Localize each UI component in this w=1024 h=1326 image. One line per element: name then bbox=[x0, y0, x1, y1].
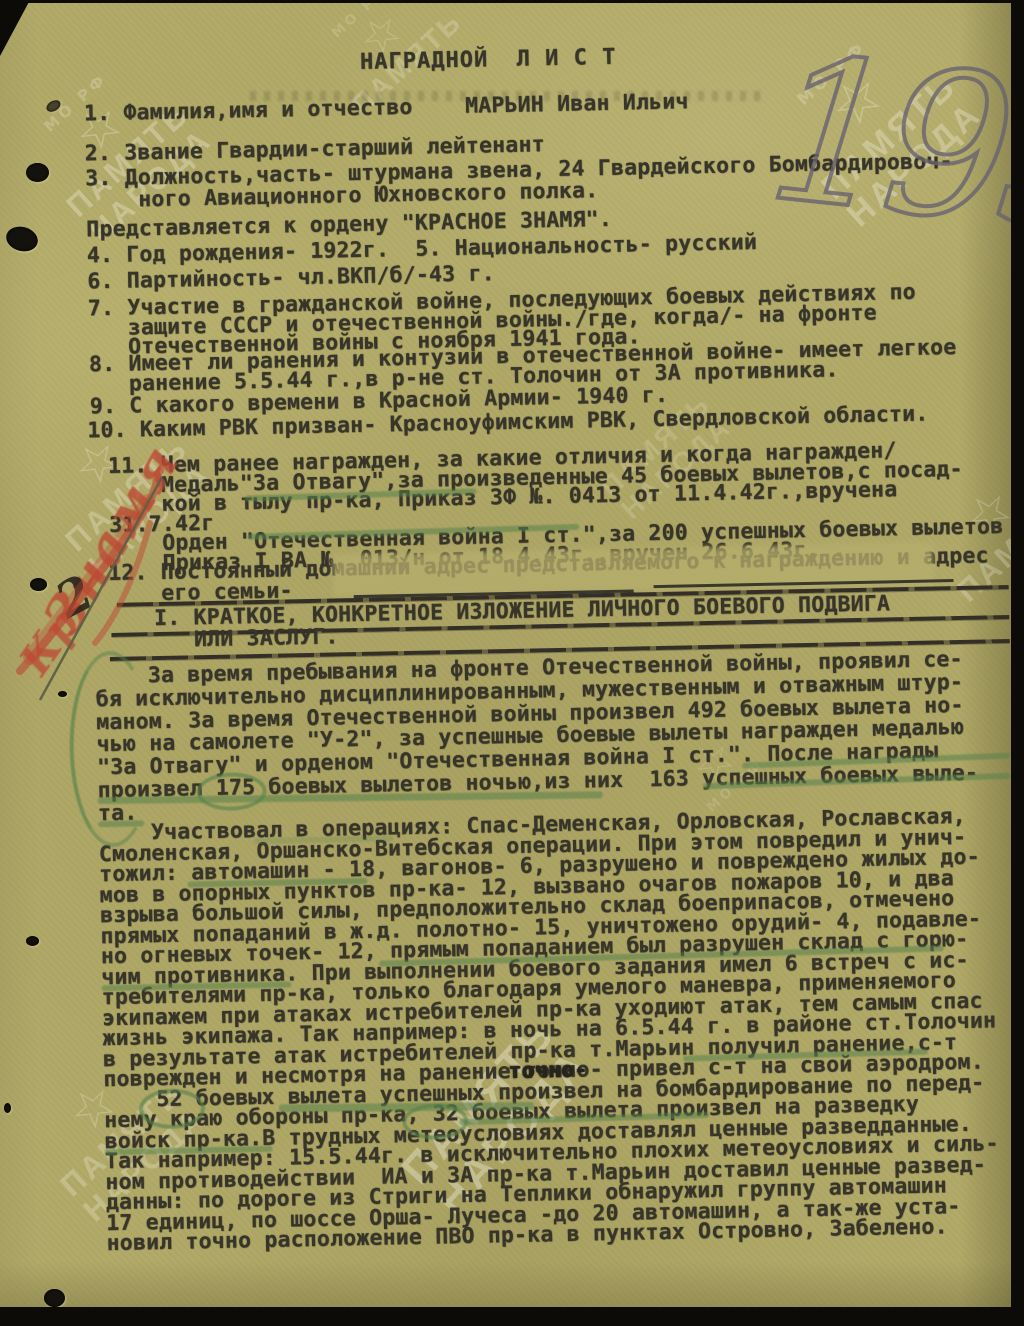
paper-sheet: МО РФ ☆ ПАМЯТЬ НАРОДА МО РФ ☆ ПАМЯТЬ МО … bbox=[0, 3, 1011, 1307]
citation-paragraph-2: Участвовал в операциях: Спас-Деменская, … bbox=[98, 806, 1000, 1254]
scanned-award-document: МО РФ ☆ ПАМЯТЬ НАРОДА МО РФ ☆ ПАМЯТЬ МО … bbox=[0, 0, 1024, 1326]
overstruck-word: точно- bbox=[508, 1061, 587, 1083]
document-title: НАГРАДНОЙ Л И С Т bbox=[360, 48, 617, 74]
green-underline-annotation bbox=[98, 820, 144, 827]
form-item-1-name: 1. Фамилия,имя и отчество МАРЬИН Иван Ил… bbox=[84, 92, 689, 125]
typed-content: НАГРАДНОЙ Л И С Т 1. Фамилия,имя и отчес… bbox=[0, 3, 1011, 1307]
